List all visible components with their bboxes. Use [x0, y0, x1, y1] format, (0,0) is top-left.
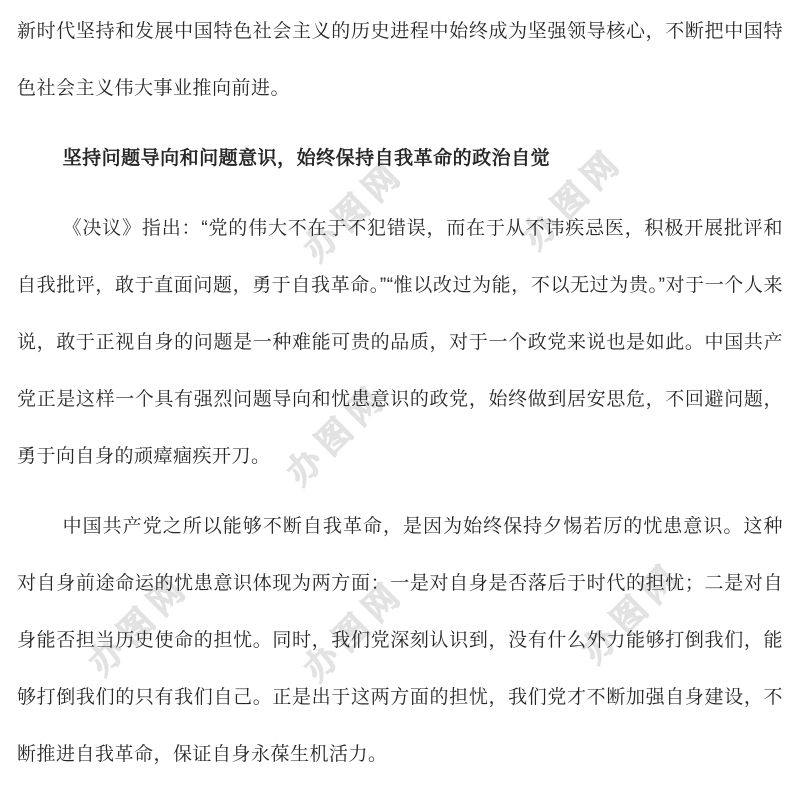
- paragraph-decision-quote: 《决议》指出：“党的伟大不在于不犯错误，而在于从不讳疾忌医，积极开展批评和自我批…: [17, 200, 783, 485]
- section-heading: 坚持问题导向和问题意识，始终保持自我革命的政治自觉: [17, 130, 783, 187]
- document-page: 办图网 办图网 办图网 办图网 办图网 办图网 新时代坚持和发展中国特色社会主义…: [0, 0, 800, 800]
- paragraph-worry-awareness: 中国共产党之所以能够不断自我革命，是因为始终保持夕惕若厉的忧患意识。这种对自身前…: [17, 498, 783, 783]
- paragraph-continuation: 新时代坚持和发展中国特色社会主义的历史进程中始终成为坚强领导核心，不断把中国特色…: [17, 3, 783, 117]
- document-body: 新时代坚持和发展中国特色社会主义的历史进程中始终成为坚强领导核心，不断把中国特色…: [0, 0, 800, 783]
